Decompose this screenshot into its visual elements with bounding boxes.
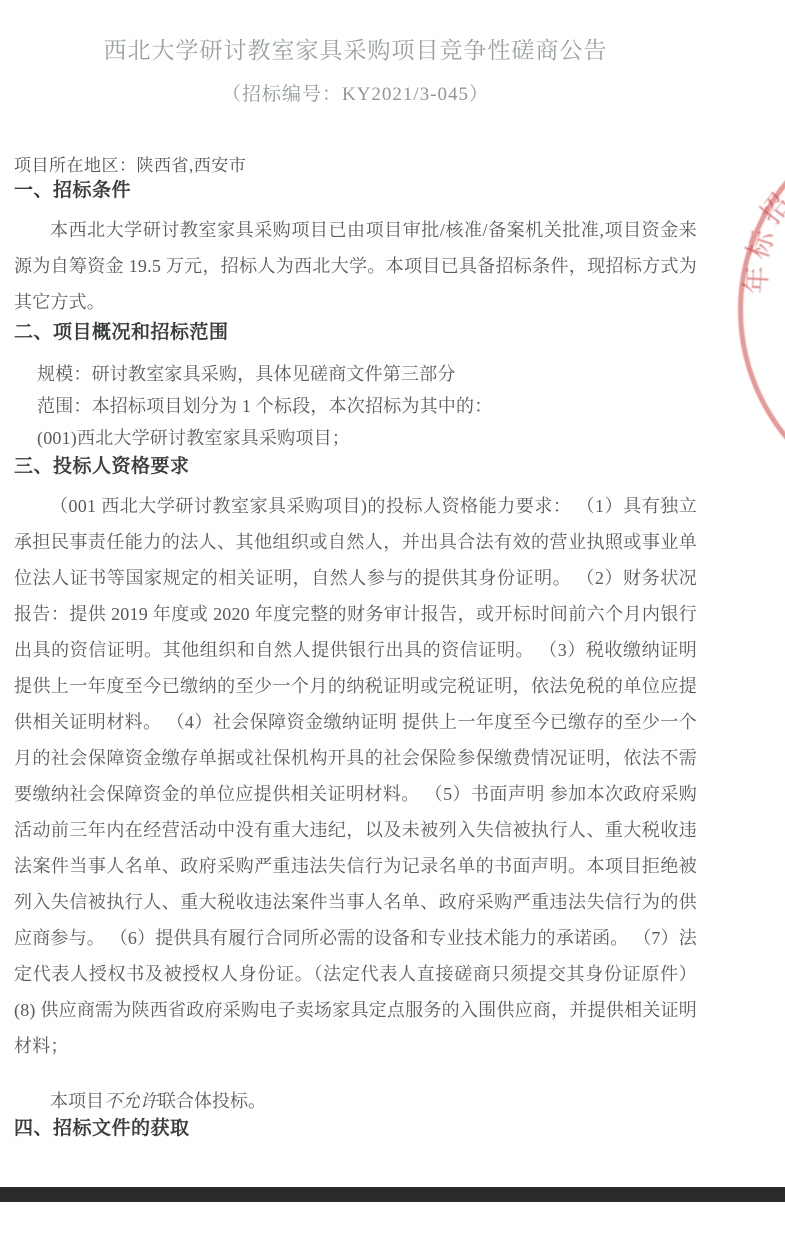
stamp-character-icon: 年 [734, 265, 775, 295]
joint-venture-suffix: 联合体投标。 [158, 1091, 266, 1111]
section-heading-project-overview: 二、项目概况和招标范围 [14, 320, 697, 346]
tender-number-line: （招标编号：KY2021/3-045） [14, 82, 697, 108]
scale-line: 规模：研讨教室家具采购，具体见磋商文件第三部分 [14, 358, 697, 390]
section-heading-bidder-qualifications: 三、投标人资格要求 [14, 454, 697, 480]
stamp-character-icon: 标 [736, 224, 783, 263]
section-heading-tender-conditions: 一、招标条件 [14, 178, 697, 204]
joint-venture-prefix: 本项目 [50, 1091, 104, 1111]
bidder-qualifications-paragraph: （001 西北大学研讨教室家具采购项目)的投标人资格能力要求： （1）具有独立承… [14, 488, 697, 1064]
tender-conditions-paragraph: 本西北大学研讨教室家具采购项目已由项目审批/核准/备案机关批准,项目资金来源为自… [14, 212, 697, 320]
project-overview-lines: 规模：研讨教室家具采购，具体见磋商文件第三部分 范围：本招标项目划分为 1 个标… [14, 358, 697, 454]
scope-line: 范围：本招标项目划分为 1 个标段，本次招标为其中的： [14, 390, 697, 422]
document-title: 西北大学研讨教室家具采购项目竞争性磋商公告 [14, 36, 697, 66]
lot-line: (001)西北大学研讨教室家具采购项目； [14, 422, 697, 454]
joint-venture-line: 本项目不允许联合体投标。 [14, 1086, 697, 1116]
project-location-line: 项目所在地区：陕西省,西安市 [14, 154, 697, 178]
announcement-document: 西北大学研讨教室家具采购项目竞争性磋商公告 （招标编号：KY2021/3-045… [14, 0, 697, 1142]
official-stamp-circle-icon [738, 108, 785, 512]
stamp-character-icon: 招 [750, 185, 785, 232]
section-heading-document-acquisition: 四、招标文件的获取 [14, 1116, 697, 1142]
scan-footer-bar [0, 1187, 785, 1202]
scanned-document-page: { "doc": { "title": "西北大学研讨教室家具采购项目竞争性磋商… [0, 0, 785, 1240]
joint-venture-emphasis: 不允许 [104, 1091, 158, 1111]
